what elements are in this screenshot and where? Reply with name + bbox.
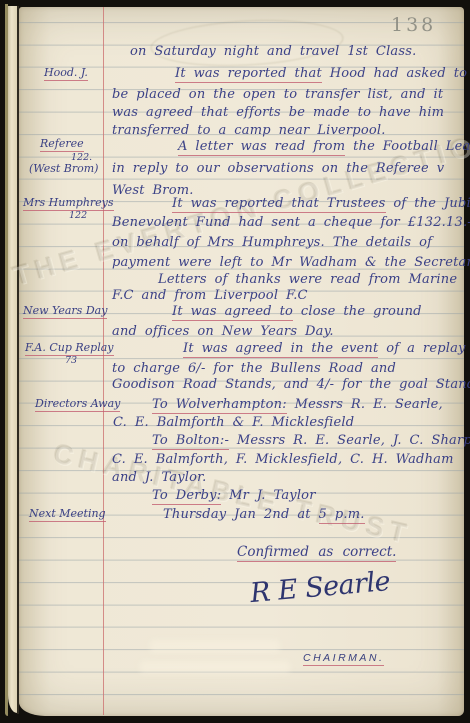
embossed-mark — [140, 661, 290, 674]
minute-line: in reply to our observations on the Refe… — [112, 161, 444, 177]
minute-line: To Bolton:- Messrs R. E. Searle, J. C. S… — [152, 433, 470, 449]
margin-note-next-meeting: Next Meeting — [29, 507, 106, 521]
embossed-mark — [150, 640, 280, 653]
margin-note-mrs-humphreys: Mrs Humphreys — [23, 196, 114, 210]
margin-note-replay-number: 73 — [65, 354, 77, 368]
minute-line: on behalf of Mrs Humphreys. The details … — [112, 235, 432, 251]
minute-line: To Derby: Mr J. Taylor — [152, 488, 316, 504]
margin-note-fund-number: 122 — [69, 209, 87, 223]
minute-line: It was reported that Hood had asked to — [175, 66, 467, 82]
page-number: 138 — [391, 14, 436, 36]
margin-note-west-brom: (West Brom) — [29, 162, 98, 176]
minute-line: C. E. Balmforth & F. Micklesfield — [113, 415, 354, 431]
minute-line: Goodison Road Stands, and 4/- for the go… — [112, 377, 470, 393]
margin-note-hood: Hood. J. — [44, 66, 88, 80]
minute-line: Letters of thanks were read from Marine — [158, 272, 457, 288]
minute-line: A letter was read from the Football Leag… — [178, 139, 470, 155]
minute-line: It was reported that Trustees of the Jub… — [172, 196, 470, 212]
minute-line: Benevolent Fund had sent a cheque for £1… — [112, 215, 470, 231]
minute-line: Thursday Jan 2nd at 5 p.m. — [163, 507, 365, 523]
minute-line: F.C and from Liverpool F.C — [112, 288, 308, 304]
margin-note-fa-cup-replay: F.A. Cup Replay — [25, 341, 114, 355]
minute-line: was agreed that efforts be made to have … — [112, 105, 444, 121]
margin-note-new-years-day: New Years Day — [23, 304, 107, 318]
minute-line: It was agreed to close the ground — [172, 304, 422, 320]
chairman-title: CHAIRMAN. — [303, 652, 384, 665]
minute-line: to charge 6/- for the Bullens Road and — [112, 361, 396, 377]
minute-line: and J. Taylor. — [112, 470, 207, 486]
minute-line: It was agreed in the event of a replay — [183, 341, 466, 357]
red-margin-line — [103, 7, 104, 715]
minute-line: on Saturday night and travel 1st Class. — [130, 44, 416, 60]
margin-note-referee: Referee — [40, 137, 84, 151]
minute-line: C. E. Balmforth, F. Micklesfield, C. H. … — [112, 452, 454, 468]
minute-line: be placed on the open to transfer list, … — [112, 87, 443, 103]
minute-line: and offices on New Years Day. — [112, 324, 334, 340]
minute-line: transferred to a camp near Liverpool. — [112, 123, 386, 139]
confirmation-line: Confirmed as correct. — [237, 544, 396, 561]
previous-page-edge — [8, 6, 17, 713]
minute-line: payment were left to Mr Wadham & the Sec… — [112, 255, 470, 271]
margin-note-directors-away: Directors Away — [35, 397, 120, 411]
scanned-minute-book-page: THE EVERTON COLLECTION CHARITABLE TRUST … — [0, 0, 470, 723]
minute-line: To Wolverhampton: Messrs R. E. Searle, — [152, 397, 443, 413]
